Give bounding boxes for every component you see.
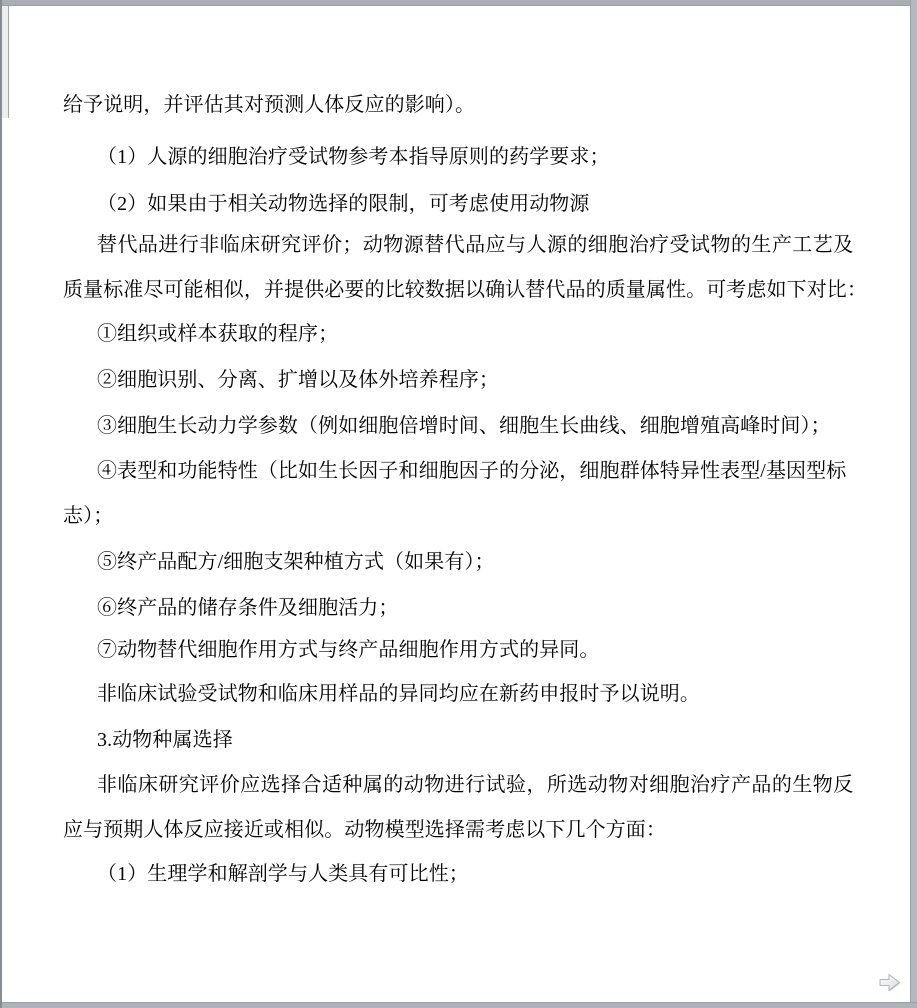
text-line: 3.动物种属选择 (97, 728, 233, 752)
text-line: ③细胞生长动力学参数（例如细胞倍增时间、细胞生长曲线、细胞增殖高峰时间）； (97, 414, 831, 438)
text-line: （1）生理学和解剖学与人类具有可比性； (97, 862, 469, 886)
text-line: ①组织或样本获取的程序； (97, 322, 338, 346)
text-line: 替代品进行非临床研究评价；动物源替代品应与人源的细胞治疗受试物的生产工艺及 (97, 233, 854, 257)
page-edge-bottom (0, 1002, 917, 1008)
next-page-arrow-icon[interactable] (878, 972, 902, 993)
text-line: 质量标准尽可能相似，并提供必要的比较数据以确认替代品的质量属性。可考虑如下对比： (63, 278, 867, 302)
text-line: 志）； (63, 504, 113, 528)
text-line: ⑥终产品的储存条件及细胞活力； (97, 596, 399, 620)
page-edge-top (0, 0, 917, 6)
page-edge-left (0, 0, 2, 1008)
text-line: ②细胞识别、分离、扩增以及体外培养程序； (97, 368, 499, 392)
page-corner-line (2, 6, 9, 118)
text-line: ⑤终产品配方/细胞支架种植方式（如果有）； (97, 550, 495, 574)
text-line: 非临床研究评价应选择合适种属的动物进行试验，所选动物对细胞治疗产品的生物反 (97, 773, 854, 797)
text-line: ⑦动物替代细胞作用方式与终产品细胞作用方式的异同。 (97, 638, 600, 662)
page-edge-right (910, 0, 917, 1008)
text-line: （2）如果由于相关动物选择的限制，可考虑使用动物源 (97, 192, 590, 216)
text-line: ④表型和功能特性（比如生长因子和细胞因子的分泌，细胞群体特异性表型/基因型标 (97, 459, 846, 483)
text-line: 给予说明，并评估其对预测人体反应的影响）。 (63, 93, 475, 117)
text-line: （1）人源的细胞治疗受试物参考本指导原则的药学要求； (97, 145, 610, 169)
text-line: 非临床试验受试物和临床用样品的异同均应在新药申报时予以说明。 (97, 682, 700, 706)
text-line: 应与预期人体反应接近或相似。动物模型选择需考虑以下几个方面： (63, 818, 666, 842)
